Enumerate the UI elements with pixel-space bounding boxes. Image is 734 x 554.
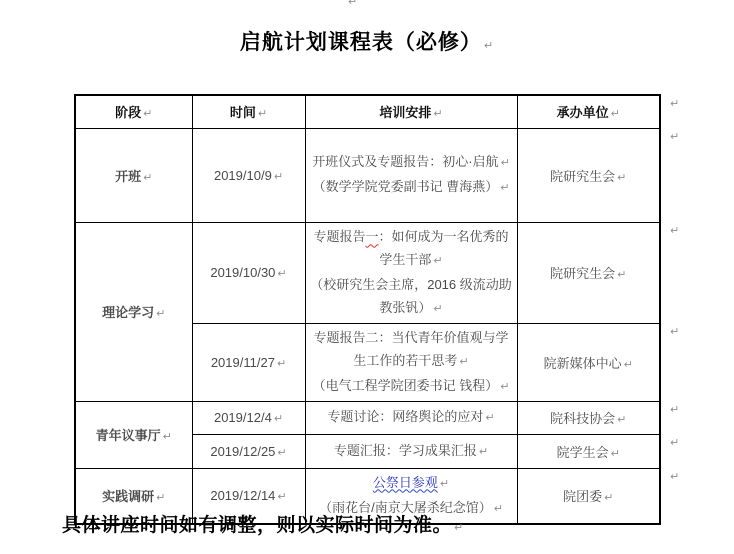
paragraph-mark: ↵ bbox=[440, 478, 449, 490]
organizer-text: 院学生会 bbox=[557, 445, 609, 460]
header-label: 时间 bbox=[230, 105, 256, 120]
stage-label: 理论学习 bbox=[102, 305, 154, 320]
organizer-cell: 院科技协会↵ bbox=[517, 401, 660, 434]
end-of-row-mark: ↵ bbox=[670, 438, 679, 449]
date-cell: 2019/10/9↵ bbox=[192, 128, 305, 222]
paragraph-mark: ↵ bbox=[501, 157, 510, 169]
cell-text: （数学学院党委副书记 曹海燕） bbox=[313, 179, 499, 194]
date-cell: 2019/10/30↵ bbox=[192, 222, 305, 323]
header-cell-stage: 阶段↵ bbox=[75, 95, 192, 128]
organizer-cell: 院研究生会↵ bbox=[517, 222, 660, 323]
paragraph-mark: ↵ bbox=[459, 356, 468, 368]
paragraph-mark: ↵ bbox=[454, 522, 464, 534]
arrangement-line: （电气工程学院团委书记 钱程）↵ bbox=[310, 374, 513, 399]
paragraph-mark: ↵ bbox=[433, 255, 442, 267]
paragraph-mark: ↵ bbox=[617, 172, 626, 184]
arrangement-cell: 专题讨论：网络舆论的应对↵ bbox=[305, 401, 517, 434]
header-cell-organizer: 承办单位↵ bbox=[517, 95, 660, 128]
paragraph-mark: ↵ bbox=[484, 40, 494, 52]
end-of-row-mark: ↵ bbox=[670, 472, 679, 483]
paragraph-mark: ↵ bbox=[156, 308, 165, 320]
revision-text: 公祭日参观 bbox=[373, 475, 438, 490]
paragraph-mark: ↵ bbox=[485, 412, 494, 424]
stage-cell: 青年议事厅↵ bbox=[75, 401, 192, 468]
paragraph-mark: ↵ bbox=[143, 172, 152, 184]
organizer-text: 院研究生会 bbox=[550, 266, 615, 281]
paragraph-mark: ↵ bbox=[479, 446, 488, 458]
paragraph-mark: ↵ bbox=[277, 358, 286, 370]
date-text: 2019/12/4 bbox=[214, 410, 272, 425]
arrangement-line: 专题报告一：如何成为一名优秀的学生干部↵ bbox=[310, 225, 513, 273]
paragraph-mark: ↵ bbox=[500, 182, 509, 194]
stage-label: 青年议事厅 bbox=[96, 428, 161, 443]
arrangement-cell: 开班仪式及专题报告：初心·启航↵（数学学院党委副书记 曹海燕）↵ bbox=[305, 128, 517, 222]
stage-cell: 开班↵ bbox=[75, 128, 192, 222]
page-title: 启航计划课程表（必修）↵ bbox=[0, 26, 734, 56]
organizer-text: 院团委 bbox=[563, 489, 602, 504]
arrangement-line: 专题讨论：网络舆论的应对↵ bbox=[310, 405, 513, 430]
date-text: 2019/10/30 bbox=[210, 265, 275, 280]
stage-label: 开班 bbox=[115, 169, 141, 184]
table-header-row: 阶段↵ 时间↵ 培训安排↵ 承办单位↵ bbox=[75, 95, 660, 128]
header-label: 阶段 bbox=[115, 105, 141, 120]
paragraph-mark: ↵ bbox=[156, 492, 165, 504]
cell-text: 专题汇报：学习成果汇报 bbox=[334, 443, 477, 458]
table-row: 青年议事厅↵2019/12/4↵专题讨论：网络舆论的应对↵院科技协会↵ bbox=[75, 401, 660, 434]
arrangement-line: 专题报告二：当代青年价值观与学生工作的若干思考↵ bbox=[310, 326, 513, 374]
arrangement-line: （数学学院党委副书记 曹海燕）↵ bbox=[310, 175, 513, 200]
course-table: 阶段↵ 时间↵ 培训安排↵ 承办单位↵ 开班↵2019/10/9↵开班仪式及专题… bbox=[74, 94, 661, 525]
arrangement-line: （校研究生会主席，2016 级流动助教张钒）↵ bbox=[310, 273, 513, 321]
header-cell-arrangement: 培训安排↵ bbox=[305, 95, 517, 128]
paragraph-mark: ↵ bbox=[258, 108, 267, 120]
end-of-row-mark: ↵ bbox=[670, 226, 679, 237]
paragraph-mark: ↵ bbox=[611, 108, 620, 120]
paragraph-mark: ↵ bbox=[500, 381, 509, 393]
cell-text: 开班仪式及专题报告：初心·启航 bbox=[312, 154, 498, 169]
paragraph-mark: ↵ bbox=[624, 359, 633, 371]
paragraph-mark: ↵ bbox=[348, 0, 357, 8]
document-page: ↵ 启航计划课程表（必修）↵ 阶段↵ 时间↵ 培训安排↵ 承办单位↵ 开班↵20… bbox=[0, 0, 734, 554]
course-table-wrapper: 阶段↵ 时间↵ 培训安排↵ 承办单位↵ 开班↵2019/10/9↵开班仪式及专题… bbox=[74, 94, 661, 525]
cell-text: （电气工程学院团委书记 钱程） bbox=[313, 378, 499, 393]
end-of-row-mark: ↵ bbox=[670, 99, 679, 110]
date-cell: 2019/12/25↵ bbox=[192, 434, 305, 468]
date-text: 2019/12/14 bbox=[210, 488, 275, 503]
paragraph-mark: ↵ bbox=[277, 491, 286, 503]
end-of-row-mark: ↵ bbox=[670, 405, 679, 416]
paragraph-mark: ↵ bbox=[494, 503, 503, 515]
organizer-cell: 院新媒体中心↵ bbox=[517, 323, 660, 401]
table-row: 理论学习↵2019/10/30↵专题报告一：如何成为一名优秀的学生干部↵（校研究… bbox=[75, 222, 660, 323]
footnote: 具体讲座时间如有调整，则以实际时间为准。↵ bbox=[62, 510, 464, 537]
date-text: 2019/11/27 bbox=[211, 355, 275, 370]
page-title-text: 启航计划课程表（必修） bbox=[240, 31, 482, 54]
cell-text: （校研究生会主席，2016 级流动助教张钒） bbox=[310, 277, 512, 315]
organizer-cell: 院团委↵ bbox=[517, 468, 660, 524]
paragraph-mark: ↵ bbox=[617, 269, 626, 281]
paragraph-mark: ↵ bbox=[433, 108, 442, 120]
cell-text: 专题讨论：网络舆论的应对 bbox=[327, 409, 483, 424]
header-label: 承办单位 bbox=[557, 105, 609, 120]
paragraph-mark: ↵ bbox=[604, 492, 613, 504]
arrangement-cell: 专题报告二：当代青年价值观与学生工作的若干思考↵（电气工程学院团委书记 钱程）↵ bbox=[305, 323, 517, 401]
footnote-text: 具体讲座时间如有调整，则以实际时间为准。 bbox=[62, 515, 452, 536]
paragraph-mark: ↵ bbox=[277, 268, 286, 280]
date-text: 2019/12/25 bbox=[210, 444, 275, 459]
paragraph-mark: ↵ bbox=[163, 431, 172, 443]
paragraph-mark: ↵ bbox=[274, 413, 283, 425]
organizer-cell: 院研究生会↵ bbox=[517, 128, 660, 222]
cell-text: 专题报告 bbox=[313, 229, 365, 244]
paragraph-mark: ↵ bbox=[274, 171, 283, 183]
arrangement-cell: 专题汇报：学习成果汇报↵ bbox=[305, 434, 517, 468]
date-cell: 2019/12/4↵ bbox=[192, 401, 305, 434]
header-cell-time: 时间↵ bbox=[192, 95, 305, 128]
arrangement-line: 开班仪式及专题报告：初心·启航↵ bbox=[310, 150, 513, 175]
paragraph-mark: ↵ bbox=[143, 108, 152, 120]
arrangement-cell: 专题报告一：如何成为一名优秀的学生干部↵（校研究生会主席，2016 级流动助教张… bbox=[305, 222, 517, 323]
stage-label: 实践调研 bbox=[102, 489, 154, 504]
organizer-text: 院科技协会 bbox=[550, 411, 615, 426]
cell-text: 一 bbox=[365, 229, 378, 244]
table-row: 开班↵2019/10/9↵开班仪式及专题报告：初心·启航↵（数学学院党委副书记 … bbox=[75, 128, 660, 222]
paragraph-mark: ↵ bbox=[433, 303, 442, 315]
cell-text: 专题报告二：当代青年价值观与学生工作的若干思考 bbox=[313, 330, 508, 368]
paragraph-mark: ↵ bbox=[617, 414, 626, 426]
stage-cell: 理论学习↵ bbox=[75, 222, 192, 401]
arrangement-line: 公祭日参观↵ bbox=[310, 471, 513, 496]
date-cell: 2019/11/27↵ bbox=[192, 323, 305, 401]
arrangement-line: 专题汇报：学习成果汇报↵ bbox=[310, 439, 513, 464]
header-label: 培训安排 bbox=[379, 105, 431, 120]
paragraph-mark: ↵ bbox=[611, 448, 620, 460]
date-text: 2019/10/9 bbox=[214, 168, 272, 183]
organizer-text: 院新媒体中心 bbox=[544, 356, 622, 371]
paragraph-mark: ↵ bbox=[277, 447, 286, 459]
cell-text: ：如何成为一名优秀的学生干部 bbox=[379, 229, 509, 267]
end-of-row-mark: ↵ bbox=[670, 327, 679, 338]
organizer-text: 院研究生会 bbox=[550, 169, 615, 184]
course-table-body: 开班↵2019/10/9↵开班仪式及专题报告：初心·启航↵（数学学院党委副书记 … bbox=[75, 128, 660, 524]
end-of-row-mark: ↵ bbox=[670, 132, 679, 143]
organizer-cell: 院学生会↵ bbox=[517, 434, 660, 468]
